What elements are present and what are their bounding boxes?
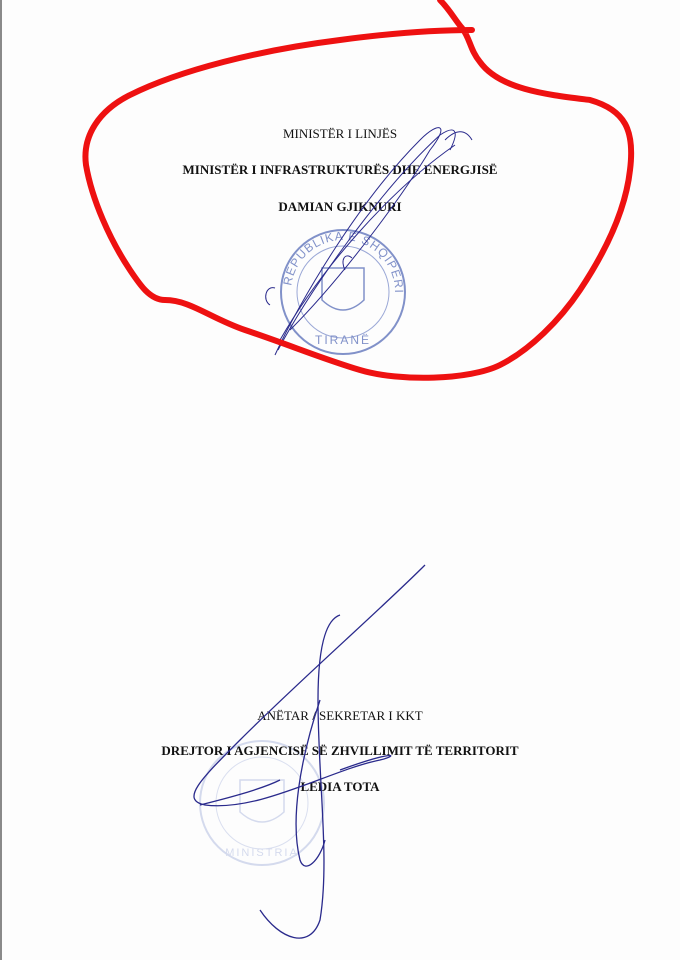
red-annotation-circle-icon [85, 0, 631, 378]
handwritten-signature-icon [194, 565, 425, 938]
ink-layer [0, 0, 680, 960]
document-page: REPUBLIKA E SHQIPËRISË TIRANË MINISTRIA … [0, 0, 680, 960]
handwritten-signature-icon [266, 128, 472, 355]
